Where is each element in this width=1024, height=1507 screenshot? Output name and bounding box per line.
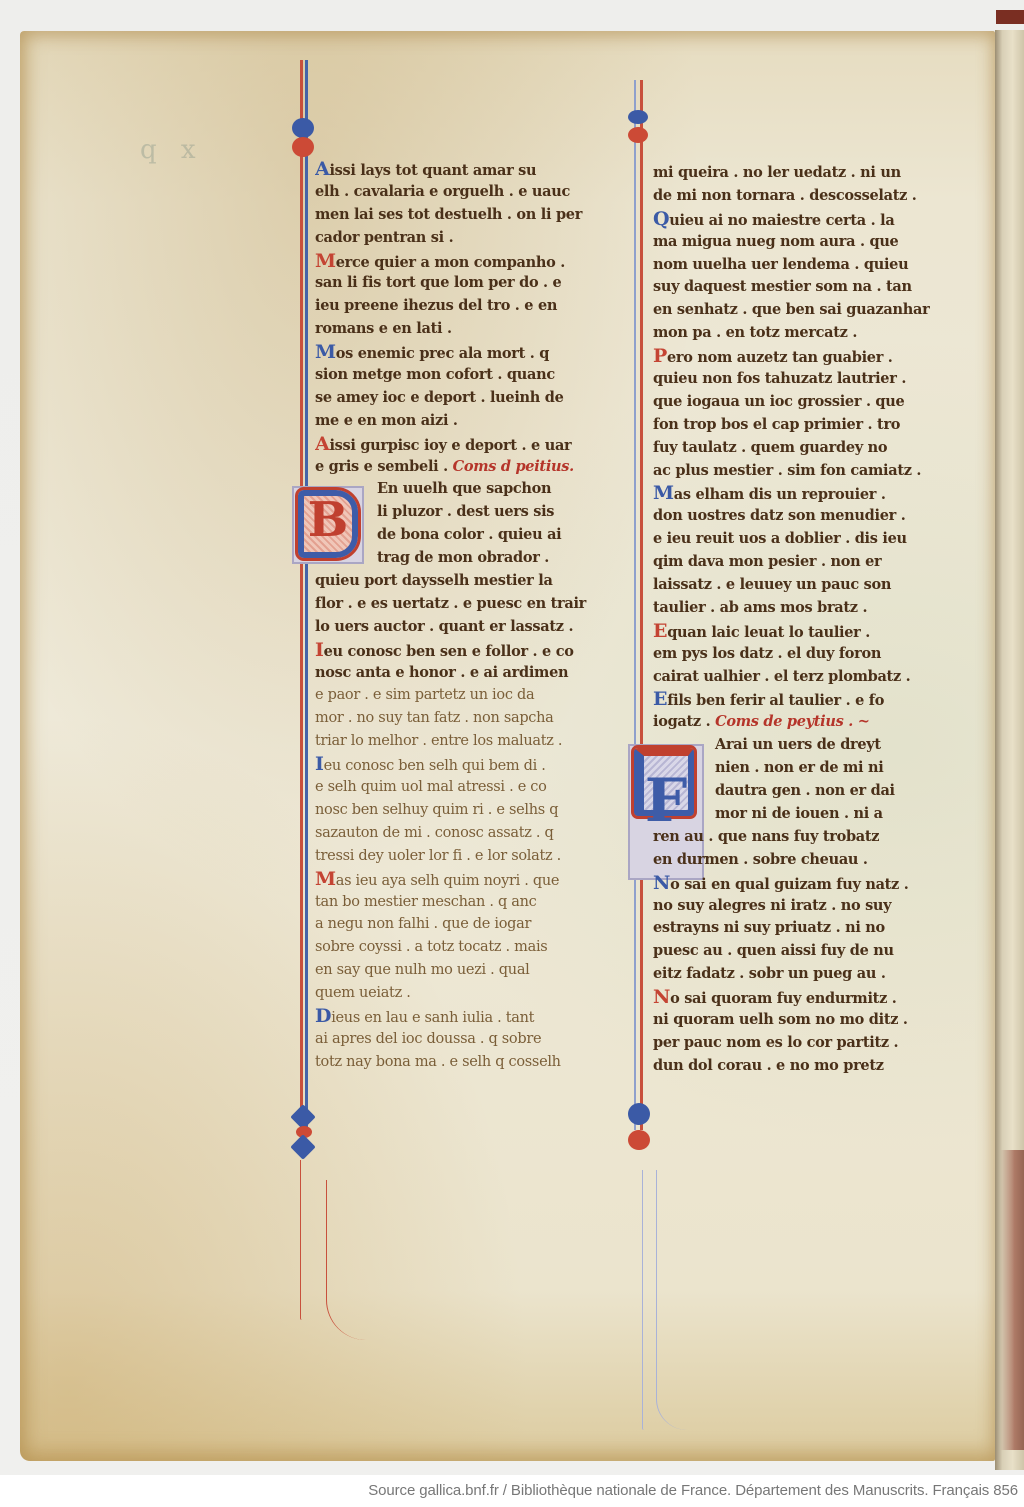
pen-flourish <box>326 1180 427 1340</box>
line-text: ac plus mestier . sim fon camiatz . <box>653 462 921 479</box>
line-text: don uostres datz son menudier . <box>653 507 905 524</box>
manuscript-line: flor . e es uertatz . e puesc en trair <box>315 593 615 616</box>
red-knob-ornament <box>292 137 314 157</box>
manuscript-line: Merce quier a mon companho . <box>315 250 615 273</box>
blue-border-line <box>305 60 308 1130</box>
manuscript-line: Pero nom auzetz tan guabier . <box>653 345 953 368</box>
red-border-line <box>300 60 303 1130</box>
line-text: me e en mon aizi . <box>315 412 458 429</box>
line-text: quieu non fos tahuzatz lautrier . <box>653 370 906 387</box>
line-text: eu conosc ben sen e follor . e co <box>324 643 574 660</box>
decorated-initial: A <box>315 158 329 180</box>
line-text: trag de mon obrador . <box>377 549 549 566</box>
line-text: erce quier a mon companho . <box>336 254 565 271</box>
line-text: puesc au . quen aissi fuy de nu <box>653 942 894 959</box>
line-text: quan laic leuat lo taulier . <box>667 624 870 641</box>
manuscript-line: don uostres datz son menudier . <box>653 505 953 528</box>
manuscript-line: totz nay bona ma . e selh q cosselh <box>315 1051 615 1074</box>
line-text: que iogaua un ioc grossier . que <box>653 393 904 410</box>
blue-knob-ornament <box>628 110 648 124</box>
manuscript-line: iogatz . Coms de peytius . ~ <box>653 711 953 734</box>
line-text: taulier . ab ams mos bratz . <box>653 599 867 616</box>
line-text: o sai quoram fuy endurmitz . <box>670 990 896 1007</box>
line-text: o sai en qual guizam fuy natz . <box>670 876 908 893</box>
line-text: men lai ses tot destuelh . on li per <box>315 206 582 223</box>
manuscript-line: cairat ualhier . el terz plombatz . <box>653 666 953 689</box>
line-text: uieu ai no maiestre certa . la <box>669 212 894 229</box>
line-text: ieus en lau e sanh iulia . tant <box>331 1010 534 1026</box>
manuscript-line: dautra gen . non er dai <box>653 780 953 803</box>
manuscript-line: trag de mon obrador . <box>315 547 615 570</box>
binding-edge-top <box>996 10 1024 24</box>
manuscript-line: eitz fadatz . sobr un pueg au . <box>653 963 953 986</box>
manuscript-line: laissatz . e leuuey un pauc son <box>653 574 953 597</box>
manuscript-line: ni quoram uelh som no mo ditz . <box>653 1009 953 1032</box>
text-column-left: Aissi lays tot quant amar suelh . cavala… <box>315 158 615 1074</box>
manuscript-line: per pauc nom es lo cor partitz . <box>653 1032 953 1055</box>
line-text: per pauc nom es lo cor partitz . <box>653 1034 898 1051</box>
manuscript-line: que iogaua un ioc grossier . que <box>653 391 953 414</box>
manuscript-line: Mos enemic prec ala mort . q <box>315 341 615 364</box>
manuscript-line: nom uuelha uer lendema . quieu <box>653 254 953 277</box>
line-text: dun dol corau . e no mo pretz <box>653 1057 884 1074</box>
line-text: quem ueiatz . <box>315 985 411 1001</box>
manuscript-line: fuy taulatz . quem guardey no <box>653 437 953 460</box>
decorated-initial: E <box>653 688 667 710</box>
line-text: mon pa . en totz mercatz . <box>653 324 857 341</box>
manuscript-line: en senhatz . que ben sai guazanhar <box>653 299 953 322</box>
manuscript-line: fon trop bos el cap primier . tro <box>653 414 953 437</box>
line-text: elh . cavalaria e orguelh . e uauc <box>315 183 570 200</box>
line-text: nien . non er de mi ni <box>715 759 883 776</box>
line-text: iogatz . <box>653 713 710 730</box>
line-text: nom uuelha uer lendema . quieu <box>653 256 908 273</box>
manuscript-line: Aissi lays tot quant amar su <box>315 158 615 181</box>
line-text: ero nom auzetz tan guabier . <box>667 349 893 366</box>
line-text: se amey ioc e deport . lueinh de <box>315 389 564 406</box>
line-text: En uuelh que sapchon <box>377 480 551 497</box>
manuscript-line: No sai quoram fuy endurmitz . <box>653 986 953 1009</box>
line-text: ma migua nueg nom aura . que <box>653 233 899 250</box>
manuscript-line: nosc ben selhuy quim ri . e selhs q <box>315 799 615 822</box>
manuscript-line: li pluzor . dest uers sis <box>315 501 615 524</box>
line-text: san li fis tort que lom per do . e <box>315 274 561 291</box>
line-text: eitz fadatz . sobr un pueg au . <box>653 965 886 982</box>
line-text: quieu port daysselh mestier la <box>315 572 553 589</box>
decorated-initial: I <box>315 753 324 775</box>
manuscript-line: Dieus en lau e sanh iulia . tant <box>315 1005 615 1028</box>
decorated-initial: D <box>315 1005 331 1027</box>
manuscript-line: en durmen . sobre cheuau . <box>653 849 953 872</box>
manuscript-line: sobre coyssi . a totz tocatz . mais <box>315 936 615 959</box>
manuscript-line: ac plus mestier . sim fon camiatz . <box>653 460 953 483</box>
line-text: ai apres del ioc doussa . q sobre <box>315 1031 541 1047</box>
manuscript-line: dun dol corau . e no mo pretz <box>653 1055 953 1078</box>
line-text: laissatz . e leuuey un pauc son <box>653 576 891 593</box>
manuscript-line: lo uers auctor . quant er lassatz . <box>315 616 615 639</box>
line-text: de bona color . quieu ai <box>377 526 561 543</box>
source-attribution: Source gallica.bnf.fr / Bibliothèque nat… <box>368 1482 1018 1499</box>
decorated-initial: M <box>315 250 336 272</box>
line-text: flor . e es uertatz . e puesc en trair <box>315 595 586 612</box>
red-border-line <box>640 80 643 1130</box>
manuscript-line: e gris e sembeli . Coms d peitius. <box>315 456 615 479</box>
line-text: ni quoram uelh som no mo ditz . <box>653 1011 908 1028</box>
line-text: e selh quim uol mal atressi . e co <box>315 779 547 795</box>
blue-knob-ornament <box>292 118 314 138</box>
manuscript-line: quieu non fos tahuzatz lautrier . <box>653 368 953 391</box>
line-text: eu conosc ben selh qui bem di . <box>324 758 546 774</box>
manuscript-line: me e en mon aizi . <box>315 410 615 433</box>
manuscript-line: de bona color . quieu ai <box>315 524 615 547</box>
line-text: lo uers auctor . quant er lassatz . <box>315 618 573 635</box>
manuscript-line: Mas ieu aya selh quim noyri . que <box>315 868 615 891</box>
decorated-initial: P <box>653 345 667 367</box>
manuscript-line: mi queira . no ler uedatz . ni un <box>653 162 953 185</box>
manuscript-line: ren au . que nans fuy trobatz <box>653 826 953 849</box>
manuscript-line: ieu preene ihezus del tro . e en <box>315 295 615 318</box>
line-text: sazauton de mi . conosc assatz . q <box>315 825 554 841</box>
line-text: as ieu aya selh quim noyri . que <box>336 873 559 889</box>
line-text: em pys los datz . el duy foron <box>653 645 881 662</box>
manuscript-line: tressi dey uoler lor fi . e lor solatz . <box>315 845 615 868</box>
decorated-initial: M <box>653 482 674 504</box>
manuscript-line: No sai en qual guizam fuy natz . <box>653 872 953 895</box>
manuscript-line: mon pa . en totz mercatz . <box>653 322 953 345</box>
manuscript-line: triar lo melhor . entre los maluatz . <box>315 730 615 753</box>
line-text: as elham dis un reprouier . <box>674 486 886 503</box>
binding-edge-bottom <box>1000 1150 1024 1450</box>
manuscript-line: ai apres del ioc doussa . q sobre <box>315 1028 615 1051</box>
decorated-initial: N <box>653 872 670 894</box>
manuscript-line: a negu non falhi . que de iogar <box>315 913 615 936</box>
line-text: ieu preene ihezus del tro . e en <box>315 297 557 314</box>
line-text: fon trop bos el cap primier . tro <box>653 416 900 433</box>
manuscript-line: Mas elham dis un reprouier . <box>653 482 953 505</box>
manuscript-line: sion metge mon cofort . quanc <box>315 364 615 387</box>
decorated-initial: N <box>653 986 670 1008</box>
decorated-initial: A <box>315 433 329 455</box>
decorated-initial: M <box>315 868 336 890</box>
manuscript-line: tan bo mestier meschan . q anc <box>315 891 615 914</box>
blue-border-line <box>634 80 636 1130</box>
decorated-initial: E <box>653 620 667 642</box>
manuscript-line: ma migua nueg nom aura . que <box>653 231 953 254</box>
blue-knob-ornament <box>628 1103 650 1125</box>
line-text: no suy alegres ni iratz . no suy <box>653 897 891 914</box>
line-text: li pluzor . dest uers sis <box>377 503 554 520</box>
pen-flourish <box>656 1170 687 1430</box>
line-text: tressi dey uoler lor fi . e lor solatz . <box>315 848 561 864</box>
line-text: e paor . e sim partetz un ioc da <box>315 687 534 703</box>
line-text: os enemic prec ala mort . q <box>336 345 549 362</box>
manuscript-line: romans e en lati . <box>315 318 615 341</box>
rubric-heading: Coms d peitius. <box>448 458 574 475</box>
manuscript-line: mor . no suy tan fatz . non sapcha <box>315 707 615 730</box>
manuscript-line: estrayns ni suy priuatz . ni no <box>653 917 953 940</box>
manuscript-line: nosc anta e honor . e ai ardimen <box>315 662 615 685</box>
line-text: Arai un uers de dreyt <box>715 736 881 753</box>
line-text: issi gurpisc ioy e deport . e uar <box>329 437 571 454</box>
line-text: fils ben ferir al taulier . e fo <box>667 692 884 709</box>
text-column-right: mi queira . no ler uedatz . ni unde mi n… <box>653 162 953 1078</box>
line-text: cador pentran si . <box>315 229 453 246</box>
line-text: issi lays tot quant amar su <box>329 162 536 179</box>
line-text: mor . no suy tan fatz . non sapcha <box>315 710 554 726</box>
manuscript-line: mor ni de iouen . ni a <box>653 803 953 826</box>
line-text: cairat ualhier . el terz plombatz . <box>653 668 910 685</box>
line-text: estrayns ni suy priuatz . ni no <box>653 919 885 936</box>
manuscript-line: Arai un uers de dreyt <box>653 734 953 757</box>
manuscript-line: se amey ioc e deport . lueinh de <box>315 387 615 410</box>
manuscript-line: qim dava mon pesier . non er <box>653 551 953 574</box>
manuscript-line: taulier . ab ams mos bratz . <box>653 597 953 620</box>
decorated-initial: M <box>315 341 336 363</box>
manuscript-line: quem ueiatz . <box>315 982 615 1005</box>
manuscript-line: cador pentran si . <box>315 227 615 250</box>
line-text: e ieu reuit uos a doblier . dis ieu <box>653 530 907 547</box>
line-text: suy daquest mestier som na . tan <box>653 278 912 295</box>
manuscript-line: e ieu reuit uos a doblier . dis ieu <box>653 528 953 551</box>
line-text: triar lo melhor . entre los maluatz . <box>315 733 562 749</box>
manuscript-line: elh . cavalaria e orguelh . e uauc <box>315 181 615 204</box>
manuscript-line: nien . non er de mi ni <box>653 757 953 780</box>
manuscript-line: sazauton de mi . conosc assatz . q <box>315 822 615 845</box>
manuscript-line: san li fis tort que lom per do . e <box>315 272 615 295</box>
line-text: mor ni de iouen . ni a <box>715 805 883 822</box>
manuscript-line: suy daquest mestier som na . tan <box>653 276 953 299</box>
manuscript-line: e paor . e sim partetz un ioc da <box>315 684 615 707</box>
pen-flourish <box>642 1170 644 1430</box>
line-text: en durmen . sobre cheuau . <box>653 851 868 868</box>
line-text: mi queira . no ler uedatz . ni un <box>653 164 901 181</box>
line-text: qim dava mon pesier . non er <box>653 553 881 570</box>
manuscript-line: e selh quim uol mal atressi . e co <box>315 776 615 799</box>
manuscript-line: Efils ben ferir al taulier . e fo <box>653 688 953 711</box>
line-text: fuy taulatz . quem guardey no <box>653 439 887 456</box>
manuscript-line: Ieu conosc ben sen e follor . e co <box>315 639 615 662</box>
line-text: nosc anta e honor . e ai ardimen <box>315 664 568 681</box>
line-text: sion metge mon cofort . quanc <box>315 366 555 383</box>
manuscript-line: puesc au . quen aissi fuy de nu <box>653 940 953 963</box>
manuscript-line: Quieu ai no maiestre certa . la <box>653 208 953 231</box>
red-knob-ornament <box>628 127 648 143</box>
line-text: en say que nulh mo uezi . qual <box>315 962 530 978</box>
line-text: ren au . que nans fuy trobatz <box>653 828 879 845</box>
rubric-heading: Coms de peytius . ~ <box>710 713 869 730</box>
line-text: a negu non falhi . que de iogar <box>315 916 531 932</box>
decorated-initial: I <box>315 639 324 661</box>
line-text: tan bo mestier meschan . q anc <box>315 894 536 910</box>
decorated-initial: Q <box>653 208 669 230</box>
manuscript-line: Equan laic leuat lo taulier . <box>653 620 953 643</box>
line-text: e gris e sembeli . <box>315 458 448 475</box>
manuscript-line: En uuelh que sapchon <box>315 478 615 501</box>
manuscript-line: quieu port daysselh mestier la <box>315 570 615 593</box>
manuscript-line: de mi non tornara . descosselatz . <box>653 185 953 208</box>
source-footer: Source gallica.bnf.fr / Bibliothèque nat… <box>0 1475 1024 1507</box>
line-text: sobre coyssi . a totz tocatz . mais <box>315 939 547 955</box>
line-text: de mi non tornara . descosselatz . <box>653 187 917 204</box>
manuscript-line: no suy alegres ni iratz . no suy <box>653 895 953 918</box>
manuscript-line: Ieu conosc ben selh qui bem di . <box>315 753 615 776</box>
manuscript-line: en say que nulh mo uezi . qual <box>315 959 615 982</box>
line-text: totz nay bona ma . e selh q cosselh <box>315 1054 561 1070</box>
red-knob-ornament <box>628 1130 650 1150</box>
folio-mark-ghost: q x <box>140 135 204 165</box>
pen-flourish <box>300 1160 302 1320</box>
manuscript-line: Aissi gurpisc ioy e deport . e uar <box>315 433 615 456</box>
line-text: romans e en lati . <box>315 320 452 337</box>
line-text: nosc ben selhuy quim ri . e selhs q <box>315 802 558 818</box>
manuscript-line: men lai ses tot destuelh . on li per <box>315 204 615 227</box>
manuscript-line: em pys los datz . el duy foron <box>653 643 953 666</box>
line-text: en senhatz . que ben sai guazanhar <box>653 301 929 318</box>
line-text: dautra gen . non er dai <box>715 782 895 799</box>
